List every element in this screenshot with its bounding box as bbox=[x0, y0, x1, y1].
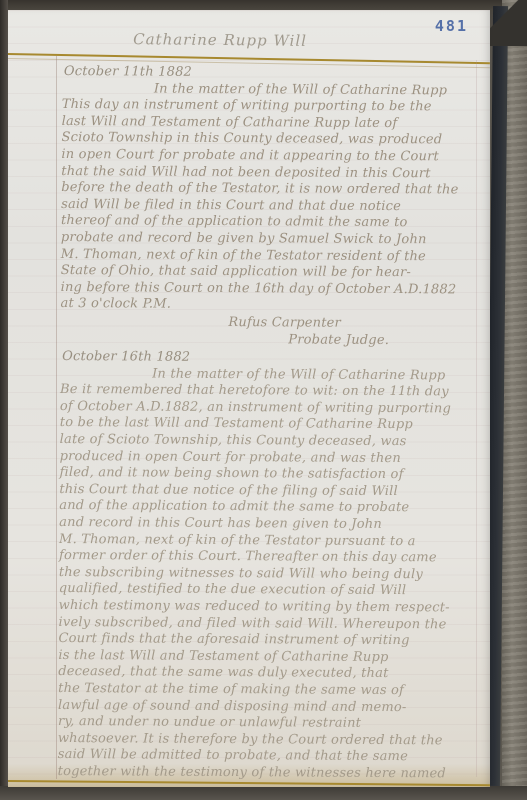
ledger-page: 481 Catharine Rupp Will October 11th 188… bbox=[8, 10, 490, 787]
book-edge-bottom bbox=[0, 786, 527, 800]
handwritten-line: in open Court for probate and it appeari… bbox=[61, 147, 479, 166]
handwritten-line: the Testator at the time of making the s… bbox=[58, 681, 476, 700]
left-margin-rule bbox=[56, 56, 57, 779]
entry2-date: October 16th 1882 bbox=[62, 349, 478, 368]
judge-title: Probate Judge. bbox=[288, 332, 478, 350]
court-entry-october-16: In the matter of the Will of Catharine R… bbox=[58, 366, 479, 783]
entry1-date: October 11th 1882 bbox=[64, 64, 480, 83]
court-entry-october-11: In the matter of the Will of Catharine R… bbox=[60, 81, 479, 316]
handwritten-content: October 11th 1882 In the matter of the W… bbox=[58, 62, 480, 783]
handwritten-line: together with the testimony of the witne… bbox=[58, 764, 476, 783]
handwritten-line: late of Scioto Township, this County dec… bbox=[60, 432, 478, 451]
handwritten-line: at 3 o'clock P.M. bbox=[60, 296, 478, 315]
page-number: 481 bbox=[435, 17, 468, 35]
book-edge-left bbox=[0, 0, 8, 800]
handwritten-line: which testimony was reduced to writing b… bbox=[59, 598, 477, 617]
page-header-title: Catharine Rupp Will bbox=[8, 29, 432, 51]
photographed-record-book-page: 481 Catharine Rupp Will October 11th 188… bbox=[0, 0, 527, 800]
signature-block: Rufus Carpenter Probate Judge. bbox=[60, 314, 478, 350]
judge-signature: Rufus Carpenter bbox=[228, 315, 478, 333]
handwritten-line: and record in this Court has been given … bbox=[59, 515, 477, 534]
handwritten-line: probate and record be given by Samuel Sw… bbox=[61, 230, 479, 249]
